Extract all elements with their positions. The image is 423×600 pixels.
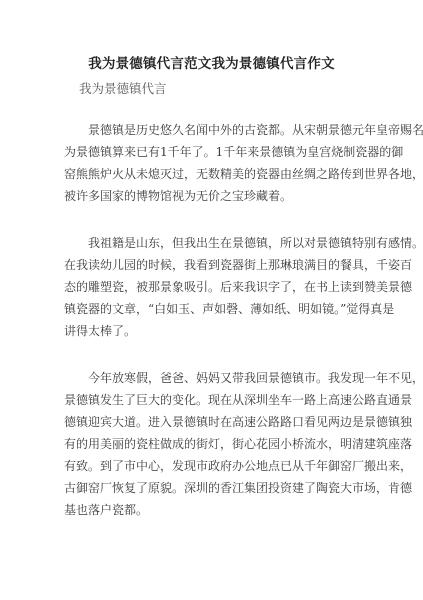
paragraph-line: 我祖籍是山东，但我出生在景德镇，所以对景德镇特别有感情。 — [64, 232, 364, 254]
paragraph-1: 景德镇是历史悠久名闻中外的古瓷都。从宋朝景德元年皇帝赐名 为景德镇算来已有1千年… — [64, 119, 364, 207]
paragraph-line: 有的用美丽的瓷柱做成的街灯，街心花园小桥流水，明清建筑座落 — [64, 433, 364, 455]
paragraph-line: 为景德镇算来已有1千年了。1千年来景德镇为皇宫烧制瓷器的御 — [64, 141, 364, 163]
paragraph-line: 景德镇发生了巨大的变化。现在从深圳坐车一路上高速公路直通景 — [64, 389, 364, 411]
paragraph-line: 德镇迎宾大道。进入景德镇时在高速公路路口看见两边是景德镇独 — [64, 411, 364, 433]
paragraph-line: 镇瓷器的文章，“白如玉、声如磬、薄如纸、明如镜。”觉得真是 — [64, 298, 364, 320]
paragraph-2: 我祖籍是山东，但我出生在景德镇，所以对景德镇特别有感情。 在我读幼儿园的时候，我… — [64, 232, 364, 342]
paragraph-line: 有致。到了市中心，发现市政府办公地点已从千年御窑厂搬出来， — [64, 455, 364, 477]
paragraph-line: 古御窑厂恢复了原貌。深圳的香江集团投资建了陶瓷大市场，肯德 — [64, 477, 364, 499]
document-title: 我为景德镇代言范文我为景德镇代言作文 — [0, 52, 423, 72]
paragraph-3: 今年放寒假，爸爸、妈妈又带我回景德镇市。我发现一年不见， 景德镇发生了巨大的变化… — [64, 367, 364, 521]
paragraph-line: 态的雕塑瓷，被那景象吸引。后来我识字了，在书上读到赞美景德 — [64, 276, 364, 298]
paragraph-line: 景德镇是历史悠久名闻中外的古瓷都。从宋朝景德元年皇帝赐名 — [64, 119, 364, 141]
paragraph-line: 窑熊熊炉火从未熄灭过，无数精美的瓷器由丝绸之路传到世界各地， — [64, 163, 364, 185]
paragraph-line: 讲得太棒了。 — [64, 320, 364, 342]
paragraph-line: 基也落户瓷都。 — [64, 499, 364, 521]
paragraph-line: 在我读幼儿园的时候，我看到瓷器街上那琳琅满目的餐具，千姿百 — [64, 254, 364, 276]
paragraph-line: 被许多国家的博物馆视为无价之宝珍藏着。 — [64, 185, 364, 207]
paragraph-line: 今年放寒假，爸爸、妈妈又带我回景德镇市。我发现一年不见， — [64, 367, 364, 389]
document-subtitle: 我为景德镇代言 — [79, 79, 167, 97]
